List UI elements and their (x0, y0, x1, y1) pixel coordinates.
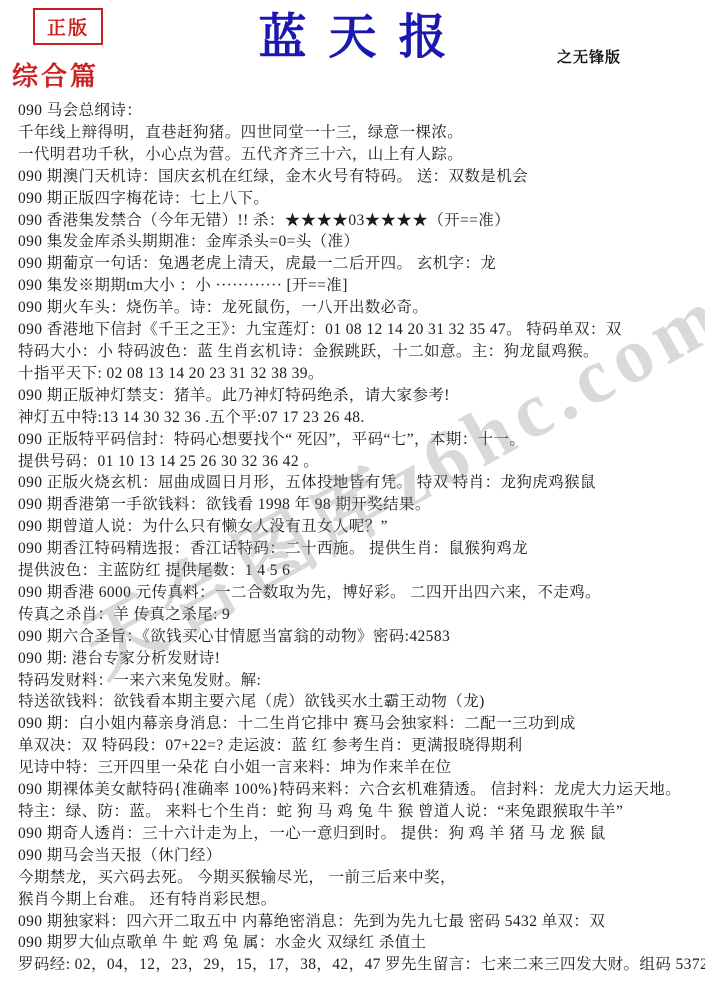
edition-label: 之无锋版 (557, 46, 621, 67)
report-line: 090 香港地下信封《千王之王》：九宝莲灯：01 08 12 14 20 31 … (18, 319, 699, 341)
report-line: 090 期罗大仙点歌单 牛 蛇 鸡 兔 属：水金火 双绿红 杀值土 (18, 932, 699, 954)
report-line: 090 期正版四字梅花诗：七上八下。 (18, 188, 699, 210)
report-line: 090 香港集发禁合（今年无错）!! 杀：★★★★03★★★★（开==准） (18, 210, 699, 232)
report-line: 见诗中特：三开四里一朵花 白小姐一言来料：坤为作来羊在位 (18, 757, 699, 779)
report-line: 一代明君功千秋，小心点为营。五代齐齐三十六，山上有人踪。 (18, 144, 699, 166)
section-heading: 综合篇 (12, 56, 99, 93)
report-line: 特主：绿、防：蓝。 来料七个生肖：蛇 狗 马 鸡 兔 牛 猴 曾道人说：“来兔跟… (18, 801, 699, 823)
report-line: 090 期香港第一手欲钱料：欲钱看 1998 年 98 期开奖结果。 (18, 494, 699, 516)
report-line: 090 期独家料：四六开二取五中 内幕绝密消息：先到为先九七最 密码 5432 … (18, 911, 699, 933)
report-line: 猴肖今期上台难。 还有特肖彩民想。 (18, 889, 699, 911)
report-line: 090 集发金库杀头期期准：金库杀头=0=头（准） (18, 231, 699, 253)
report-line: 090 期曾道人说：为什么只有懒女人没有丑女人呢？” (18, 516, 699, 538)
report-body: 090 马会总纲诗： 千年线上辩得明，直巷赶狗猪。四世同堂一十三，绿意一棵浓。 … (18, 100, 699, 976)
report-line: 提供号码：01 10 13 14 25 26 30 32 36 42 。 (18, 451, 699, 473)
report-line: 090 期葡京一句话：兔遇老虎上清天，虎最一二后开四。 玄机字：龙 (18, 253, 699, 275)
report-line: 十指平天下: 02 08 13 14 20 23 31 32 38 39。 (18, 363, 699, 385)
report-line: 090 期火车头：烧伤羊。诗：龙死鼠伤，一八开出数必奇。 (18, 297, 699, 319)
newspaper-page: 正版 蓝天报 之无锋版 综合篇 090 马会总纲诗： 千年线上辩得明，直巷赶狗猪… (0, 0, 705, 1000)
report-line: 单双决：双 特码段：07+22=? 走运波：蓝 红 参考生肖：更满报晓得期利 (18, 735, 699, 757)
report-line: 提供波色：主蓝防红 提供尾数：1 4 5 6 (18, 560, 699, 582)
report-line: 090 正版火烧玄机：屈曲成圆日月形，五体投地皆有凭。 特双 特肖：龙狗虎鸡猴鼠 (18, 472, 699, 494)
report-line: 090 期奇人透肖：三十六计走为上，一心一意归到时。 提供：狗 鸡 羊 猪 马 … (18, 823, 699, 845)
report-line: 罗码经: 02，04，12，23，29，15，17，38，42，47 罗先生留言… (18, 954, 699, 976)
report-line: 090 期六合圣旨：《欲钱买心甘情愿当富翁的动物》密码:42583 (18, 626, 699, 648)
report-line: 090 期正版神灯禁支：猪羊。此乃神灯特码绝杀，请大家参考! (18, 385, 699, 407)
report-line: 090 马会总纲诗： (18, 100, 699, 122)
report-line: 传真之杀肖：羊 传真之杀尾: 9 (18, 604, 699, 626)
report-line: 千年线上辩得明，直巷赶狗猪。四世同堂一十三，绿意一棵浓。 (18, 122, 699, 144)
report-line: 特码发财料：一来六来兔发财。解: (18, 670, 699, 692)
report-line: 090 期香江特码精选报：香江话特码：二十西施。 提供生肖：鼠猴狗鸡龙 (18, 538, 699, 560)
report-line: 090 期裸体美女献特码{准确率 100%}特码来料：六合玄机难猜透。 信封料：… (18, 779, 699, 801)
report-line: 090 集发※期期tm大小 ：小 ············ [开==准] (18, 275, 699, 297)
report-line: 特送欲钱料：欲钱看本期主要六尾（虎）欲钱买水土霸王动物（龙) (18, 691, 699, 713)
report-line: 特码大小：小 特码波色：蓝 生肖玄机诗：金猴跳跃，十二如意。主：狗龙鼠鸡猴。 (18, 341, 699, 363)
report-line: 090 期：白小姐内幕亲身消息：十二生肖它排中 赛马会独家料：二配一三功到成 (18, 713, 699, 735)
report-line: 090 期澳门天机诗：国庆玄机在红绿，金木火号有特码。 送：双数是机会 (18, 166, 699, 188)
report-line: 神灯五中特:13 14 30 32 36 .五个平:07 17 23 26 48… (18, 407, 699, 429)
report-line: 090 期: 港台专家分析发财诗! (18, 648, 699, 670)
report-line: 090 正版特平码信封：特码心想要找个“ 死囚”，平码“七”，本期：十一。 (18, 429, 699, 451)
report-line: 090 期香港 6000 元传真料：一二合数取为先，博好彩。 二四开出四六来，不… (18, 582, 699, 604)
report-line: 090 期马会当天报（休门经） (18, 845, 699, 867)
report-line: 今期禁龙，买六码去死。 今期买猴输尽光， 一前三后来中奖， (18, 867, 699, 889)
